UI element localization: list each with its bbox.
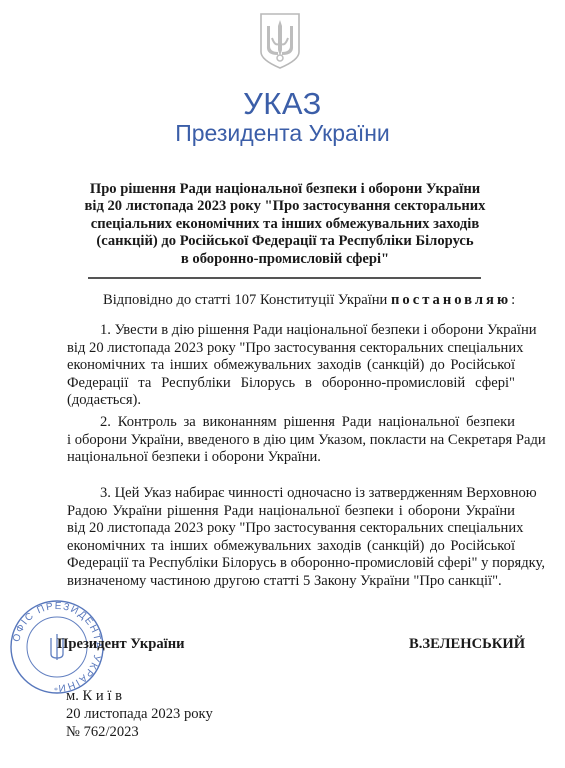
ukraine-trident-emblem-icon bbox=[258, 12, 302, 70]
paragraph-2: 2. Контроль за виконанням рішення Ради н… bbox=[67, 414, 515, 467]
decree-word: постановляю bbox=[391, 292, 511, 308]
document-title: УКАЗ bbox=[0, 87, 565, 121]
decree-date: 20 листопада 2023 року bbox=[66, 705, 213, 723]
decree-city: м. К и ї в bbox=[66, 687, 213, 705]
paragraph-line: Федерації та Республіки Білорусь в оборо… bbox=[67, 555, 515, 573]
paragraph-line: економічних та інших обмежувальних заход… bbox=[67, 538, 515, 556]
decree-footer: м. К и ї в 20 листопада 2023 року № 762/… bbox=[66, 687, 213, 741]
paragraph-line: Радою України рішення Ради національної … bbox=[67, 503, 515, 521]
signatory-name: В.ЗЕЛЕНСЬКИЙ bbox=[409, 636, 525, 653]
paragraph-line: від 20 листопада 2023 року "Про застосув… bbox=[67, 340, 515, 358]
decree-subject: Про рішення Ради національної безпеки і … bbox=[70, 181, 500, 268]
paragraph-line: від 20 листопада 2023 року "Про застосув… bbox=[67, 520, 515, 538]
svg-text:*: * bbox=[54, 686, 58, 695]
subject-line: в оборонно-промисловій сфері" bbox=[70, 251, 500, 268]
paragraph-line: 3. Цей Указ набирає чинності одночасно і… bbox=[67, 485, 515, 503]
paragraph-line: національної безпеки і оборони України. bbox=[67, 449, 515, 467]
paragraph-line: і оборони України, введеного в дію цим У… bbox=[67, 432, 515, 450]
paragraph-3: 3. Цей Указ набирає чинності одночасно і… bbox=[67, 485, 515, 591]
paragraph-line: економічних та інших обмежувальних заход… bbox=[67, 357, 515, 375]
preamble: Відповідно до статті 107 Конституції Укр… bbox=[103, 292, 515, 309]
paragraph-line: Федерації та Республіки Білорусь в оборо… bbox=[67, 375, 515, 393]
subject-line: спеціальних економічних та інших обмежув… bbox=[70, 216, 500, 233]
preamble-text: Відповідно до статті 107 Конституції Укр… bbox=[103, 292, 391, 308]
subject-line: від 20 листопада 2023 року "Про застосув… bbox=[70, 198, 500, 215]
preamble-colon: : bbox=[511, 292, 515, 308]
paragraph-1: 1. Увести в дію рішення Ради національно… bbox=[67, 322, 515, 410]
divider-line bbox=[88, 277, 481, 279]
signatory-title: Президент України bbox=[57, 636, 185, 653]
subject-line: (санкцій) до Російської Федерації та Рес… bbox=[70, 233, 500, 250]
paragraph-line: визначеному частиною другою статті 5 Зак… bbox=[67, 573, 515, 591]
document-subtitle: Президента України bbox=[0, 119, 565, 147]
paragraph-line: 2. Контроль за виконанням рішення Ради н… bbox=[67, 414, 515, 432]
paragraph-line: (додається). bbox=[67, 392, 515, 410]
paragraph-line: 1. Увести в дію рішення Ради національно… bbox=[67, 322, 515, 340]
subject-line: Про рішення Ради національної безпеки і … bbox=[70, 181, 500, 198]
decree-number: № 762/2023 bbox=[66, 723, 213, 741]
